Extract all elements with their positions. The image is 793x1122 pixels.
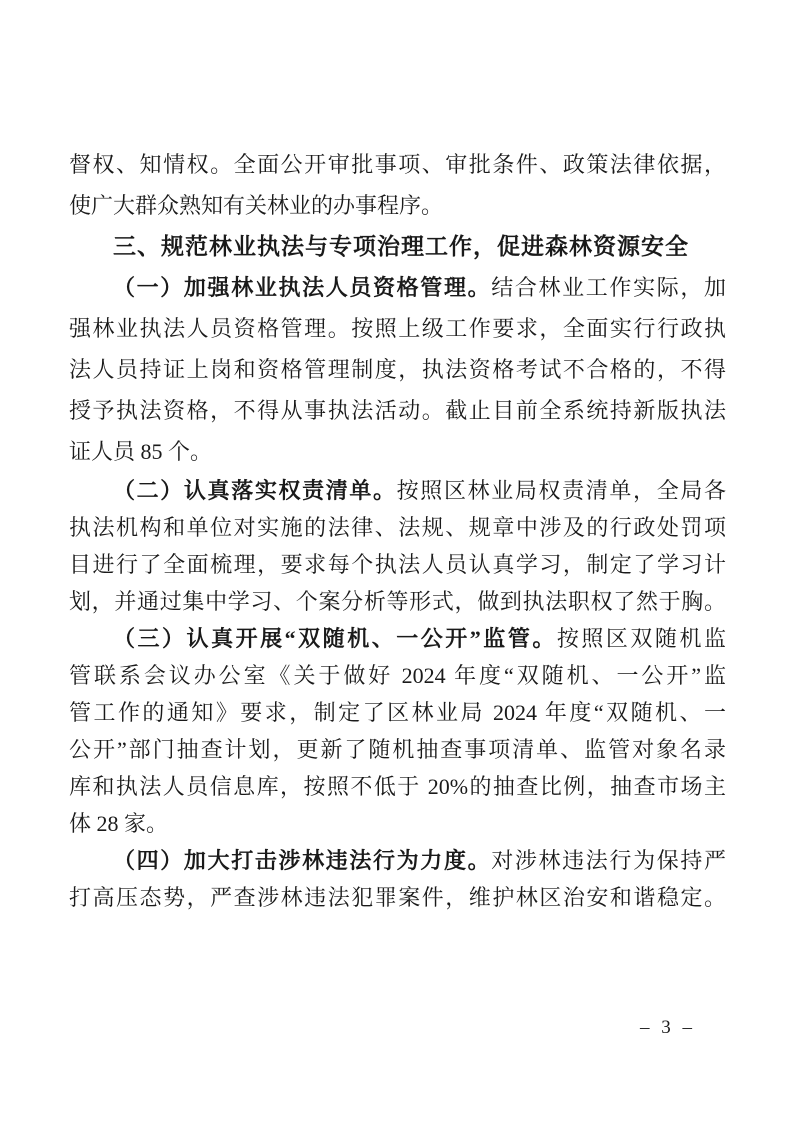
line-text: 结合林业工作实际，加 [491, 275, 726, 300]
text-line: （一）加强林业执法人员资格管理。结合林业工作实际，加 [69, 267, 726, 308]
clause-title: （四）加大打击涉林违法行为力度。 [113, 848, 491, 873]
page-number: – 3 – [640, 1013, 693, 1043]
text-line: 划，并通过集中学习、个案分析等形式，做到执法职权了然于胸。 [69, 583, 726, 620]
text-line: 库和执法人员信息库，按照不低于 20%的抽查比例，抽查市场主 [69, 768, 726, 805]
clause-title: （三）认真开展“双随机、一公开”监管。 [113, 626, 557, 651]
text-line: 使广大群众熟知有关林业的办事程序。 [69, 185, 726, 226]
text-line: （二）认真落实权责清单。按照区林业局权责清单，全局各 [69, 472, 726, 509]
text-line: 授予执法资格，不得从事执法活动。截止目前全系统持新版执法 [69, 390, 726, 431]
text-line: 目进行了全面梳理，要求每个执法人员认真学习，制定了学习计 [69, 546, 726, 583]
text-line: （三）认真开展“双随机、一公开”监管。按照区双随机监 [69, 620, 726, 657]
line-text: 对涉林违法行为保持严 [491, 848, 726, 873]
text-line: 证人员 85 个。 [69, 431, 726, 472]
text-line: 公开”部门抽查计划，更新了随机抽查事项清单、监管对象名录 [69, 731, 726, 768]
line-text: 按照区林业局权责清单，全局各 [397, 478, 726, 503]
text-line: （四）加大打击涉林违法行为力度。对涉林违法行为保持严 [69, 842, 726, 879]
text-line: 打高压态势，严查涉林违法犯罪案件，维护林区治安和谐稳定。 [69, 879, 726, 916]
line-text: 按照区双随机监 [557, 626, 726, 651]
text-line: 执法机构和单位对实施的法律、法规、规章中涉及的行政处罚项 [69, 509, 726, 546]
document-page: { "page": { "background": "#ffffff", "te… [0, 0, 793, 1122]
text-line: 管联系会议办公室《关于做好 2024 年度“双随机、一公开”监 [69, 657, 726, 694]
text-line: 法人员持证上岗和资格管理制度，执法资格考试不合格的，不得 [69, 349, 726, 390]
clause-title: （一）加强林业执法人员资格管理。 [113, 275, 491, 300]
section-heading: 三、规范林业执法与专项治理工作，促进森林资源安全 [69, 226, 726, 267]
text-line: 督权、知情权。全面公开审批事项、审批条件、政策法律依据， [69, 144, 726, 185]
clause-title: （二）认真落实权责清单。 [113, 478, 397, 503]
page-content: 督权、知情权。全面公开审批事项、审批条件、政策法律依据， 使广大群众熟知有关林业… [69, 144, 726, 916]
text-line: 管工作的通知》要求，制定了区林业局 2024 年度“双随机、一 [69, 694, 726, 731]
text-line: 体 28 家。 [69, 805, 726, 842]
text-line: 强林业执法人员资格管理。按照上级工作要求，全面实行行政执 [69, 308, 726, 349]
